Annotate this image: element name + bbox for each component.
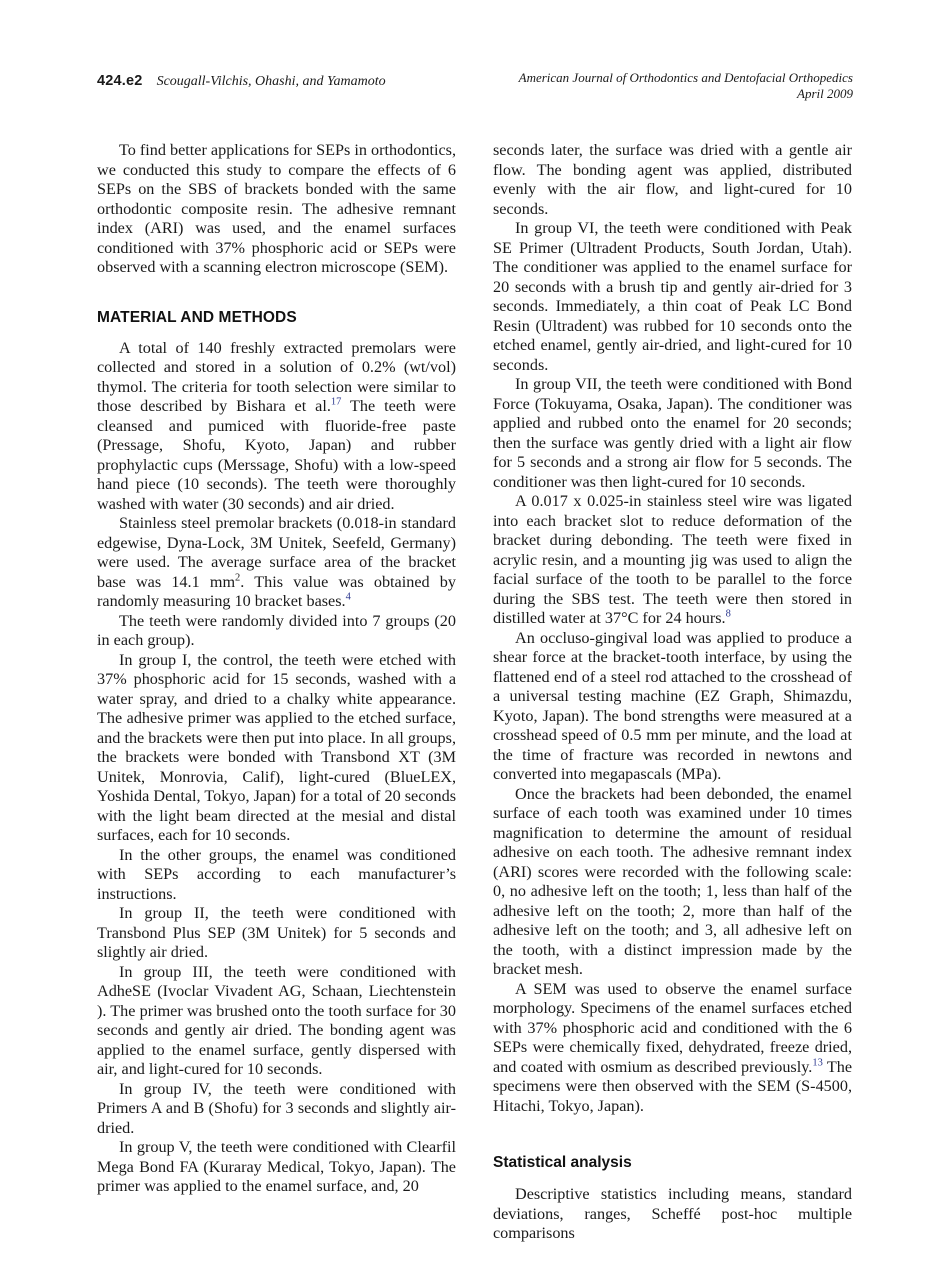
reference-link[interactable]: 17 bbox=[331, 397, 342, 408]
paragraph: seconds later, the surface was dried wit… bbox=[493, 141, 852, 219]
paragraph: In group III, the teeth were conditioned… bbox=[97, 963, 456, 1080]
section-heading: MATERIAL AND METHODS bbox=[97, 309, 456, 327]
paragraph: In the other groups, the enamel was cond… bbox=[97, 846, 456, 905]
paragraph: An occluso-gingival load was applied to … bbox=[493, 629, 852, 785]
paragraph: Stainless steel premolar brackets (0.018… bbox=[97, 514, 456, 612]
paragraph: To find better applications for SEPs in … bbox=[97, 141, 456, 278]
paragraph: Once the brackets had been debonded, the… bbox=[493, 785, 852, 980]
paragraph: Descriptive statistics including means, … bbox=[493, 1185, 852, 1244]
sub-heading: Statistical analysis bbox=[493, 1154, 852, 1172]
paragraph: A total of 140 freshly extracted premola… bbox=[97, 339, 456, 515]
superscript: 2 bbox=[235, 572, 240, 583]
reference-link[interactable]: 4 bbox=[346, 592, 351, 603]
journal-name: American Journal of Orthodontics and Den… bbox=[519, 70, 853, 86]
running-header-left: 424.e2 Scougall-Vilchis, Ohashi, and Yam… bbox=[97, 70, 386, 90]
running-authors: Scougall-Vilchis, Ohashi, and Yamamoto bbox=[157, 74, 386, 89]
paragraph: In group IV, the teeth were conditioned … bbox=[97, 1080, 456, 1139]
paragraph: In group V, the teeth were conditioned w… bbox=[97, 1138, 456, 1197]
running-header: 424.e2 Scougall-Vilchis, Ohashi, and Yam… bbox=[97, 70, 853, 102]
paragraph: A 0.017 x 0.025-in stainless steel wire … bbox=[493, 492, 852, 629]
left-column: To find better applications for SEPs in … bbox=[97, 141, 456, 1244]
right-column: seconds later, the surface was dried wit… bbox=[493, 141, 852, 1244]
paragraph: In group I, the control, the teeth were … bbox=[97, 651, 456, 846]
paragraph: A SEM was used to observe the enamel sur… bbox=[493, 980, 852, 1117]
paragraph: In group VII, the teeth were conditioned… bbox=[493, 375, 852, 492]
paragraph: In group VI, the teeth were conditioned … bbox=[493, 219, 852, 375]
journal-page: 424.e2 Scougall-Vilchis, Ohashi, and Yam… bbox=[0, 0, 950, 1272]
running-header-right: American Journal of Orthodontics and Den… bbox=[519, 70, 853, 102]
page-number: 424.e2 bbox=[97, 73, 143, 89]
reference-link[interactable]: 8 bbox=[726, 609, 731, 620]
issue-date: April 2009 bbox=[519, 86, 853, 102]
two-column-body: To find better applications for SEPs in … bbox=[97, 141, 852, 1244]
paragraph: The teeth were randomly divided into 7 g… bbox=[97, 612, 456, 651]
paragraph: In group II, the teeth were conditioned … bbox=[97, 904, 456, 963]
reference-link[interactable]: 13 bbox=[812, 1057, 823, 1068]
